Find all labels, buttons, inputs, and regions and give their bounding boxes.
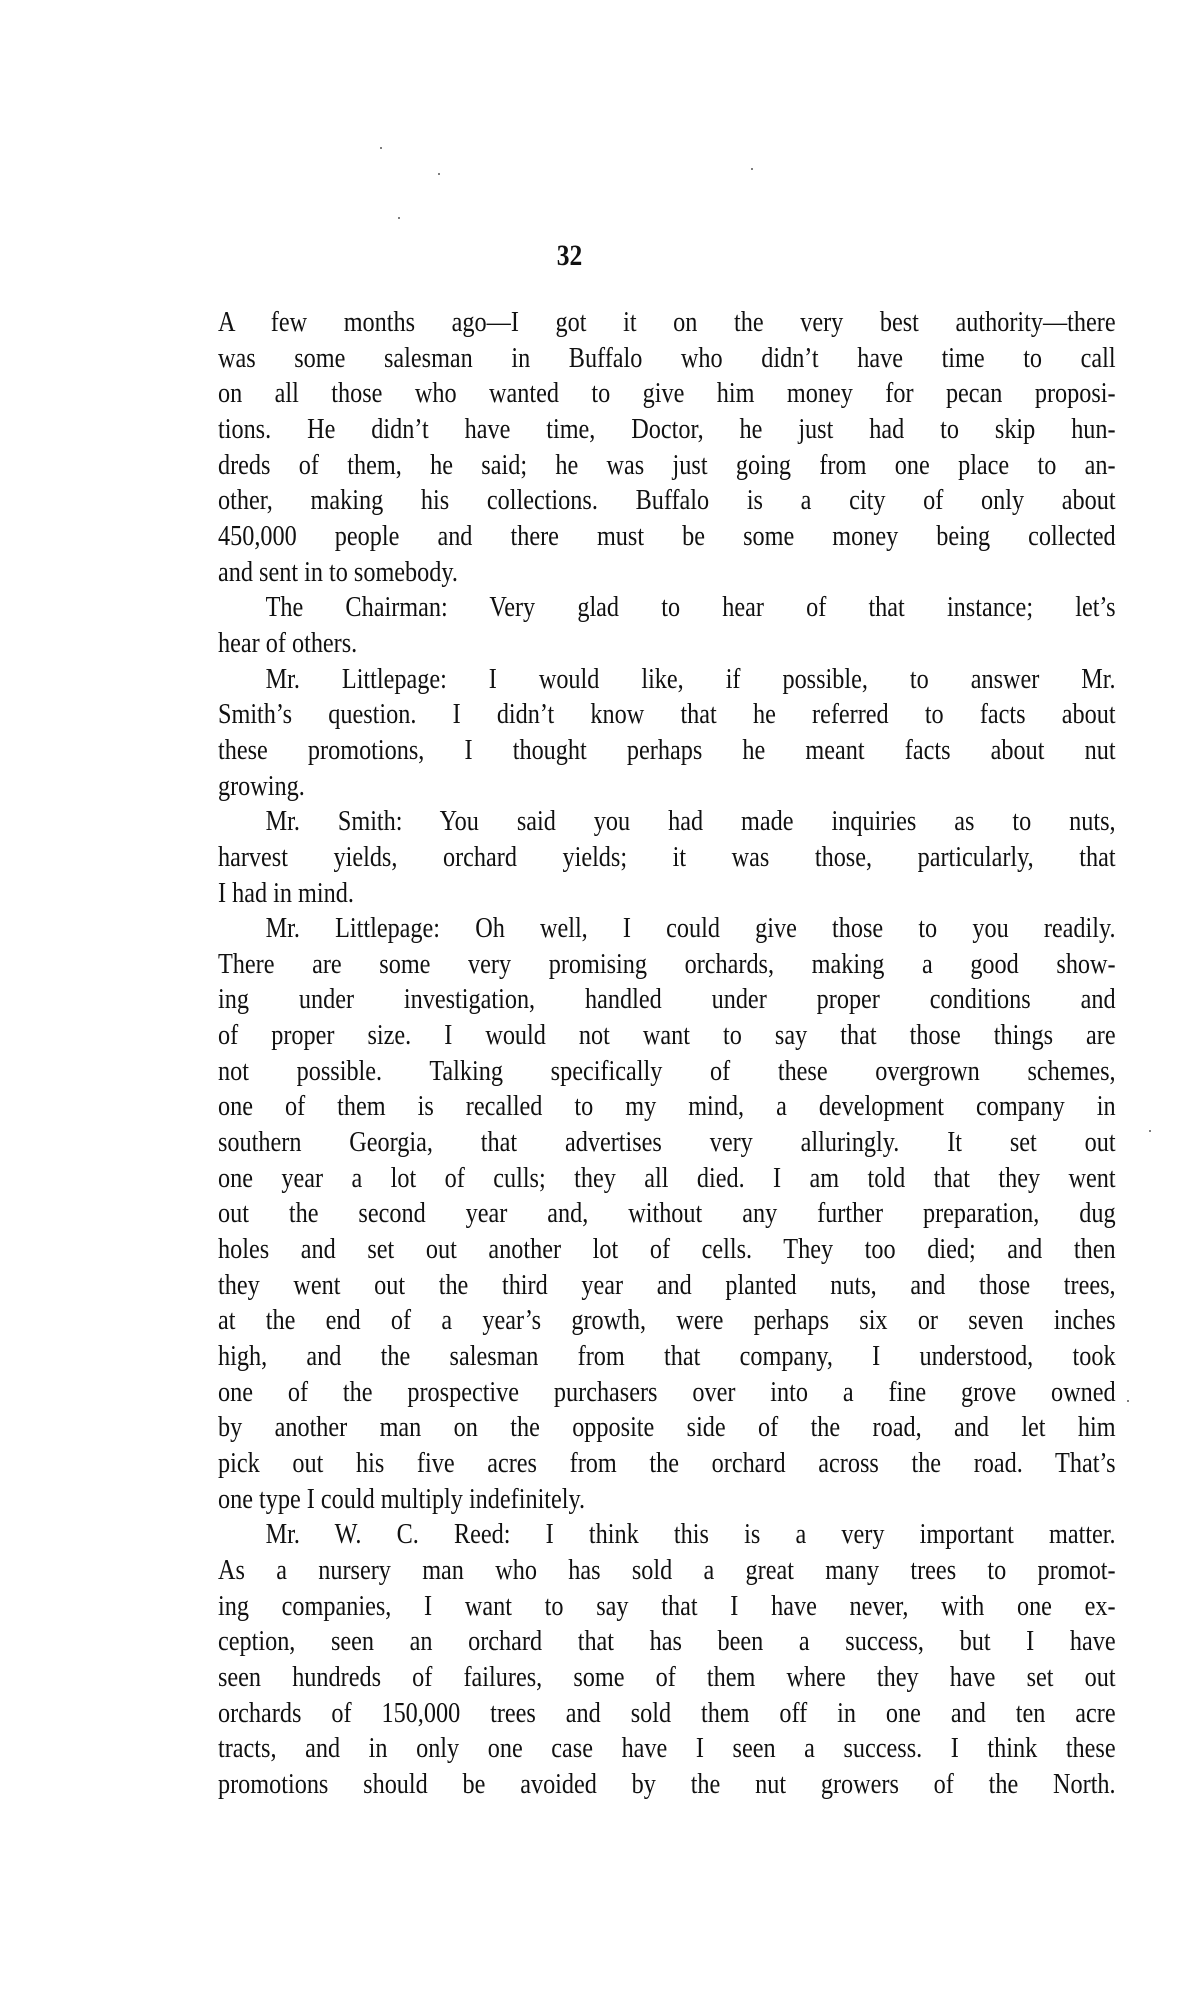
text-line: Mr. Smith: You said you had made inquiri… [218, 804, 1116, 840]
text-line: tracts, and in only one case have I seen… [218, 1731, 1116, 1767]
text-line: on all those who wanted to give him mone… [218, 376, 1116, 412]
text-line: pick out his five acres from the orchard… [218, 1446, 1116, 1482]
scan-speck [438, 173, 440, 175]
text-line: one of the prospective purchasers over i… [218, 1375, 1116, 1411]
paragraph-littlepage-1: Mr. Littlepage: I would like, if possibl… [218, 662, 1116, 805]
text-line: Mr. Littlepage: I would like, if possibl… [218, 662, 1116, 698]
text-line: I had in mind. [218, 876, 1116, 912]
text-line: orchards of 150,000 trees and sold them … [218, 1696, 1116, 1732]
text-line: Smith’s question. I didn’t know that he … [218, 697, 1116, 733]
scan-speck [1127, 1400, 1129, 1402]
text-line: Mr. W. C. Reed: I think this is a very i… [218, 1517, 1116, 1553]
text-line: promotions should be avoided by the nut … [218, 1767, 1116, 1803]
text-line: not possible. Talking specifically of th… [218, 1054, 1116, 1090]
text-line: other, making his collections. Buffalo i… [218, 483, 1116, 519]
text-line: hear of others. [218, 626, 1116, 662]
text-line: dreds of them, he said; he was just goin… [218, 448, 1116, 484]
text-line: holes and set out another lot of cells. … [218, 1232, 1116, 1268]
text-line: was some salesman in Buffalo who didn’t … [218, 341, 1116, 377]
text-line: one type I could multiply indefinitely. [218, 1482, 1116, 1518]
text-line: seen hundreds of failures, some of them … [218, 1660, 1116, 1696]
paragraph-continuation: A few months ago—I got it on the very be… [218, 305, 1116, 590]
text-line: high, and the salesman from that company… [218, 1339, 1116, 1375]
paragraph-chairman: The Chairman: Very glad to hear of that … [218, 590, 1116, 661]
text-line: southern Georgia, that advertises very a… [218, 1125, 1116, 1161]
text-line: at the end of a year’s growth, were perh… [218, 1303, 1116, 1339]
scan-speck [398, 217, 400, 219]
text-line: harvest yields, orchard yields; it was t… [218, 840, 1116, 876]
text-line: Mr. Littlepage: Oh well, I could give th… [218, 911, 1116, 947]
text-line: by another man on the opposite side of t… [218, 1410, 1116, 1446]
document-body: A few months ago—I got it on the very be… [218, 305, 1116, 1803]
text-line: There are some very promising orchards, … [218, 947, 1116, 983]
text-line: A few months ago—I got it on the very be… [218, 305, 1116, 341]
scan-speck [380, 147, 382, 149]
paragraph-littlepage-2: Mr. Littlepage: Oh well, I could give th… [218, 911, 1116, 1517]
text-line: ing companies, I want to say that I have… [218, 1589, 1116, 1625]
text-line: ing under investigation, handled under p… [218, 982, 1116, 1018]
text-line: these promotions, I thought perhaps he m… [218, 733, 1116, 769]
text-line: ception, seen an orchard that has been a… [218, 1624, 1116, 1660]
text-line: they went out the third year and planted… [218, 1268, 1116, 1304]
text-line: out the second year and, without any fur… [218, 1196, 1116, 1232]
page-number: 32 [0, 238, 1139, 274]
text-line: one of them is recalled to my mind, a de… [218, 1089, 1116, 1125]
text-line: and sent in to somebody. [218, 555, 1116, 591]
text-line: growing. [218, 769, 1116, 805]
text-line: of proper size. I would not want to say … [218, 1018, 1116, 1054]
text-line: one year a lot of culls; they all died. … [218, 1161, 1116, 1197]
text-line: The Chairman: Very glad to hear of that … [218, 590, 1116, 626]
scan-speck [751, 168, 753, 170]
text-line: 450,000 people and there must be some mo… [218, 519, 1116, 555]
paragraph-smith: Mr. Smith: You said you had made inquiri… [218, 804, 1116, 911]
text-line: As a nursery man who has sold a great ma… [218, 1553, 1116, 1589]
paragraph-reed: Mr. W. C. Reed: I think this is a very i… [218, 1517, 1116, 1802]
scan-speck [1149, 1130, 1151, 1132]
text-line: tions. He didn’t have time, Doctor, he j… [218, 412, 1116, 448]
